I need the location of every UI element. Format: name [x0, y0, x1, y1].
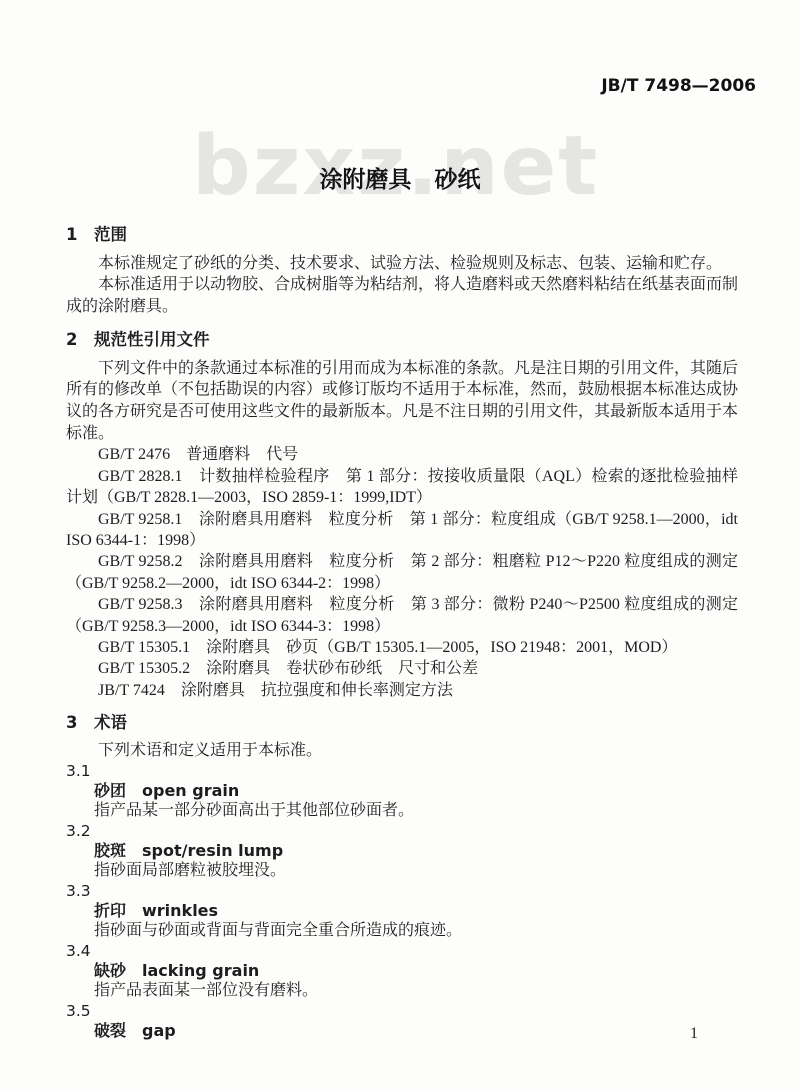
document-page: bzxz.net JB/T 7498—2006 涂附磨具 砂纸 1 范围 本标准… [0, 0, 800, 1091]
section-3: 3 术语 下列术语和定义适用于本标准。 3.1 砂团 open grain 指产… [66, 712, 738, 1041]
term-name: 砂团 open grain [94, 781, 738, 801]
term-number: 3.2 [66, 821, 738, 841]
term-number: 3.4 [66, 941, 738, 961]
reference-item: JB/T 7424 涂附磨具 抗拉强度和伸长率测定方法 [66, 680, 738, 701]
term-definition: 指砂面局部磨粒被胶埋没。 [94, 861, 738, 881]
term-name: 缺砂 lacking grain [94, 961, 738, 981]
page-number: 1 [690, 1025, 698, 1043]
document-body: 1 范围 本标准规定了砂纸的分类、技术要求、试验方法、检验规则及标志、包装、运输… [66, 224, 738, 1041]
term-number: 3.1 [66, 761, 738, 781]
term-block: 3.5 破裂 gap [66, 1001, 738, 1041]
section-1-paragraph: 本标准适用于以动物胶、合成树脂等为粘结剂，将人造磨料或天然磨料粘结在纸基表面而制… [66, 274, 738, 317]
reference-item: GB/T 9258.1 涂附磨具用磨料 粒度分析 第 1 部分：粒度组成（GB/… [66, 509, 738, 552]
section-3-heading: 3 术语 [66, 712, 738, 734]
term-number: 3.3 [66, 881, 738, 901]
standard-code: JB/T 7498—2006 [601, 76, 756, 96]
term-number: 3.5 [66, 1001, 738, 1021]
document-title: 涂附磨具 砂纸 [0, 161, 800, 194]
term-definition: 指产品表面某一部位没有磨料。 [94, 981, 738, 1001]
term-block: 3.4 缺砂 lacking grain 指产品表面某一部位没有磨料。 [66, 941, 738, 1001]
term-block: 3.3 折印 wrinkles 指砂面与砂面或背面与背面完全重合所造成的痕迹。 [66, 881, 738, 941]
term-name: 破裂 gap [94, 1021, 738, 1041]
reference-item: GB/T 2476 普通磨料 代号 [66, 444, 738, 465]
term-definition: 指产品某一部分砂面高出于其他部位砂面者。 [94, 801, 738, 821]
section-2-heading: 2 规范性引用文件 [66, 329, 738, 351]
term-block: 3.1 砂团 open grain 指产品某一部分砂面高出于其他部位砂面者。 [66, 761, 738, 821]
section-3-intro: 下列术语和定义适用于本标准。 [66, 741, 738, 761]
section-1-paragraph: 本标准规定了砂纸的分类、技术要求、试验方法、检验规则及标志、包装、运输和贮存。 [66, 253, 738, 275]
term-definition: 指砂面与砂面或背面与背面完全重合所造成的痕迹。 [94, 921, 738, 941]
section-1-heading: 1 范围 [66, 224, 738, 246]
section-2-intro: 下列文件中的条款通过本标准的引用而成为本标准的条款。凡是注日期的引用文件，其随后… [66, 358, 738, 445]
term-block: 3.2 胶斑 spot/resin lump 指砂面局部磨粒被胶埋没。 [66, 821, 738, 881]
term-name: 折印 wrinkles [94, 901, 738, 921]
reference-item: GB/T 15305.2 涂附磨具 卷状砂布砂纸 尺寸和公差 [66, 658, 738, 679]
reference-item: GB/T 9258.3 涂附磨具用磨料 粒度分析 第 3 部分：微粉 P240～… [66, 594, 738, 637]
reference-item: GB/T 15305.1 涂附磨具 砂页（GB/T 15305.1—2005，I… [66, 637, 738, 658]
term-name: 胶斑 spot/resin lump [94, 841, 738, 861]
reference-item: GB/T 2828.1 计数抽样检验程序 第 1 部分：按接收质量限（AQL）检… [66, 466, 738, 509]
reference-item: GB/T 9258.2 涂附磨具用磨料 粒度分析 第 2 部分：粗磨粒 P12～… [66, 551, 738, 594]
